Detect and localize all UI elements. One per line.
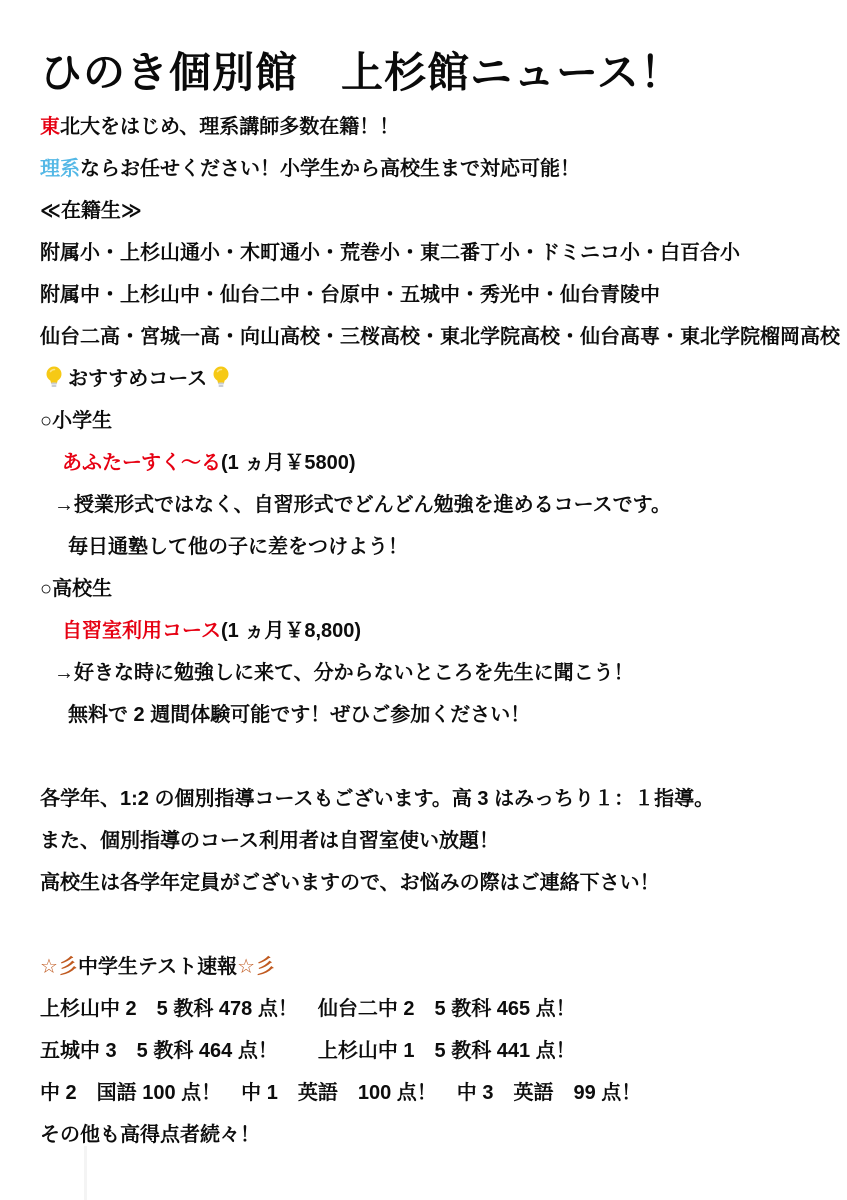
intro-line-1: 東北大をはじめ、理系講師多数在籍！！ [40,106,827,148]
elementary-section-label: ○小学生 [40,400,827,442]
blank-line [40,904,827,946]
elementary-course-sub: 毎日通塾して他の子に差をつけよう！ [40,526,827,568]
test-result-line: その他も高得点者続々！ [40,1114,827,1156]
test-result-line: 中 2 国語 100 点！ 中 1 英語 100 点！ 中 3 英語 99 点！ [40,1072,827,1114]
high-course-name: 自習室利用コース [62,620,221,642]
test-result-line: 五城中 3 5 教科 464 点！ 上杉山中 1 5 教科 441 点！ [40,1030,827,1072]
high-course-line: 自習室利用コース(1 ヵ月￥8,800) [40,610,827,652]
page-content: ひのき個別館 上杉館ニュース！ 東北大をはじめ、理系講師多数在籍！！ 理系ならお… [0,0,847,1156]
elementary-course-price: (1 ヵ月￥5800) [221,452,356,474]
shooting-star-icon: ☆彡 [237,956,275,978]
recommended-courses-header: おすすめコース [40,358,827,400]
test-report-header-text: 中学生テスト速報 [78,956,237,978]
info-line-2: また、個別指導のコース利用者は自習室使い放題！ [40,820,827,862]
page-title: ひのき個別館 上杉館ニュース！ [40,46,827,100]
blank-line [40,736,827,778]
elementary-course-desc: →授業形式ではなく、自習形式でどんどん勉強を進めるコースです。 [40,484,827,526]
newsletter-page: ひのき個別館 上杉館ニュース！ 東北大をはじめ、理系講師多数在籍！！ 理系ならお… [0,0,847,1200]
test-result-line: 上杉山中 2 5 教科 478 点！ 仙台二中 2 5 教科 465 点！ [40,988,827,1030]
intro-line-2: 理系ならお任せください！小学生から高校生まで対応可能！ [40,148,827,190]
high-section-label: ○高校生 [40,568,827,610]
intro-line-1-text: 北大をはじめ、理系講師多数在籍！！ [60,116,399,138]
roster-header: ≪在籍生≫ [40,190,827,232]
test-report-header: ☆彡中学生テスト速報☆彡 [40,946,827,988]
roster-elementary-schools: 附属小・上杉山通小・木町通小・荒巻小・東二番丁小・ドミニコ小・白百合小 [40,232,827,274]
elementary-course-line: あふたーすく～る(1 ヵ月￥5800) [40,442,827,484]
lightbulb-icon [211,365,231,389]
recommended-courses-header-text: おすすめコース [68,368,207,390]
info-line-1: 各学年、1:2 の個別指導コースもございます。高 3 はみっちり１：１指導。 [40,778,827,820]
intro-line-2-text: ならお任せください！小学生から高校生まで対応可能！ [80,158,580,180]
lightbulb-icon [44,365,64,389]
faint-vertical-mark [84,1146,87,1200]
elementary-course-name: あふたーすく～る [62,452,221,474]
shooting-star-icon: ☆彡 [40,956,78,978]
high-course-price: (1 ヵ月￥8,800) [221,620,361,642]
high-course-desc: →好きな時に勉強しに来て、分からないところを先生に聞こう！ [40,652,827,694]
intro-line-1-highlight: 東 [40,116,60,138]
info-line-3: 高校生は各学年定員がございますので、お悩みの際はご連絡下さい！ [40,862,827,904]
roster-high-schools: 仙台二高・宮城一高・向山高校・三桜高校・東北学院高校・仙台高専・東北学院榴岡高校 [40,316,827,358]
high-course-sub: 無料で 2 週間体験可能です！ぜひご参加ください！ [40,694,827,736]
roster-junior-high-schools: 附属中・上杉山中・仙台二中・台原中・五城中・秀光中・仙台青陵中 [40,274,827,316]
intro-line-2-highlight: 理系 [40,158,80,180]
